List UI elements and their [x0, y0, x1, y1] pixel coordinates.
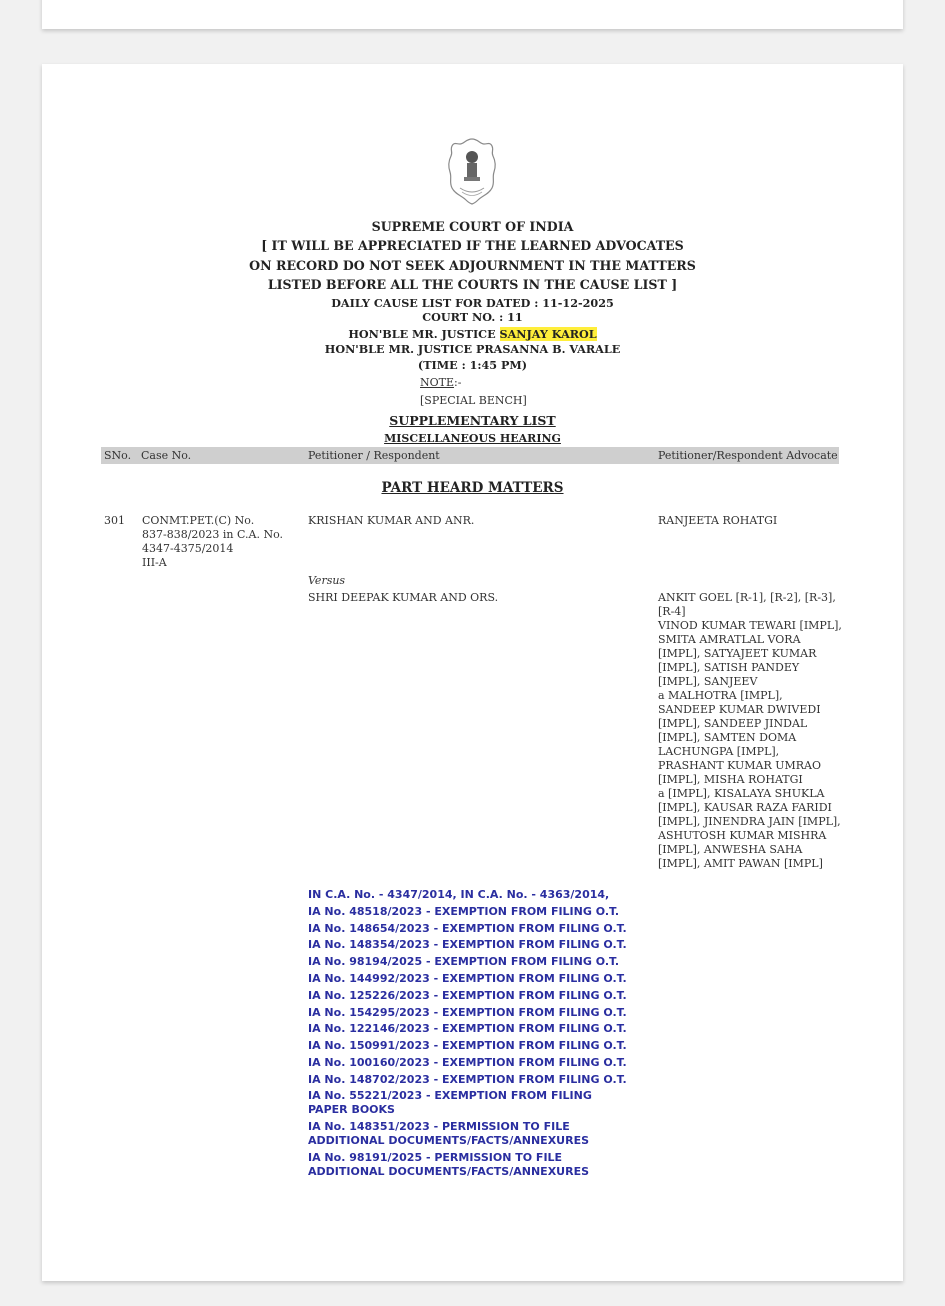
ia-item: IA No. 55221/2023 - EXEMPTION FROM FILIN…: [308, 1089, 627, 1118]
ia-item: IA No. 150991/2023 - EXEMPTION FROM FILI…: [308, 1038, 627, 1055]
table-header: SNo. Case No. Petitioner / Respondent Pe…: [101, 447, 839, 464]
ia-item: IA No. 122146/2023 - EXEMPTION FROM FILI…: [308, 1021, 627, 1038]
advocate-line: [IMPL], SATISH PANDEY: [658, 661, 842, 675]
advocate-line: SANDEEP KUMAR DWIVEDI: [658, 703, 842, 717]
judge-2-name: PRASANNA B. VARALE: [476, 342, 620, 356]
case-number: CONMT.PET.(C) No. 837-838/2023 in C.A. N…: [142, 514, 283, 570]
advocate-line: [IMPL], MISHA ROHATGI: [658, 773, 842, 787]
notice-line-3: LISTED BEFORE ALL THE COURTS IN THE CAUS…: [0, 277, 945, 292]
ia-item-line: IA No. 144992/2023 - EXEMPTION FROM FILI…: [308, 971, 627, 988]
ia-item-line: IA No. 122146/2023 - EXEMPTION FROM FILI…: [308, 1021, 627, 1038]
previous-page: [42, 0, 903, 29]
ia-item-line: ADDITIONAL DOCUMENTS/FACTS/ANNEXURES: [308, 1134, 627, 1149]
court-name: SUPREME COURT OF INDIA: [0, 219, 945, 234]
ia-item: IA No. 100160/2023 - EXEMPTION FROM FILI…: [308, 1055, 627, 1072]
advocate-line: [R-4]: [658, 605, 842, 619]
case-category: III-A: [142, 556, 283, 570]
advocate-line: [IMPL], JINENDRA JAIN [IMPL],: [658, 815, 842, 829]
ia-item-line: IA No. 100160/2023 - EXEMPTION FROM FILI…: [308, 1055, 627, 1072]
ia-item-line: IA No. 125226/2023 - EXEMPTION FROM FILI…: [308, 988, 627, 1005]
advocate-line: [IMPL], KAUSAR RAZA FARIDI: [658, 801, 842, 815]
advocate-line: [IMPL], AMIT PAWAN [IMPL]: [658, 857, 842, 871]
petitioner: KRISHAN KUMAR AND ANR.: [308, 514, 474, 528]
interlocutory-applications: IN C.A. No. - 4347/2014, IN C.A. No. - 4…: [308, 887, 627, 1182]
court-number: COURT NO. : 11: [0, 310, 945, 324]
ia-item-line: IA No. 98194/2025 - EXEMPTION FROM FILIN…: [308, 954, 627, 971]
ia-item-line: IA No. 55221/2023 - EXEMPTION FROM FILIN…: [308, 1089, 627, 1104]
ia-item-line: IA No. 148354/2023 - EXEMPTION FROM FILI…: [308, 937, 627, 954]
notice-line-1: [ IT WILL BE APPRECIATED IF THE LEARNED …: [0, 238, 945, 253]
case-number-line: 837-838/2023 in C.A. No.: [142, 528, 283, 542]
ia-item-line: IA No. 98191/2025 - PERMISSION TO FILE: [308, 1151, 627, 1166]
header-case-no: Case No.: [141, 449, 191, 462]
hearing-type: MISCELLANEOUS HEARING: [0, 432, 945, 445]
ia-item-line: IA No. 154295/2023 - EXEMPTION FROM FILI…: [308, 1005, 627, 1022]
note: NOTE:-: [420, 376, 461, 389]
note-suffix: :-: [454, 376, 461, 389]
ia-item: IA No. 144992/2023 - EXEMPTION FROM FILI…: [308, 971, 627, 988]
list-type: SUPPLEMENTARY LIST: [0, 413, 945, 428]
advocate-line: a MALHOTRA [IMPL],: [658, 689, 842, 703]
advocate-line: LACHUNGPA [IMPL],: [658, 745, 842, 759]
respondent: SHRI DEEPAK KUMAR AND ORS.: [308, 591, 498, 605]
supreme-court-emblem-icon: [444, 136, 500, 206]
ia-item: IA No. 148654/2023 - EXEMPTION FROM FILI…: [308, 921, 627, 938]
ia-item: IA No. 98191/2025 - PERMISSION TO FILEAD…: [308, 1151, 627, 1180]
case-sno: 301: [104, 514, 125, 528]
bench-type: [SPECIAL BENCH]: [420, 394, 527, 407]
advocate-line: PRASHANT KUMAR UMRAO: [658, 759, 842, 773]
header-sno: SNo.: [104, 449, 131, 462]
section-title: PART HEARD MATTERS: [0, 480, 945, 496]
respondent-advocates: ANKIT GOEL [R-1], [R-2], [R-3],[R-4]VINO…: [658, 591, 842, 871]
case-number-line: 4347-4375/2014: [142, 542, 283, 556]
notice-line-2: ON RECORD DO NOT SEEK ADJOURNMENT IN THE…: [0, 258, 945, 273]
advocate-line: [IMPL], SATYAJEET KUMAR: [658, 647, 842, 661]
ia-item: IA No. 125226/2023 - EXEMPTION FROM FILI…: [308, 988, 627, 1005]
advocate-line: [IMPL], SANDEEP JINDAL: [658, 717, 842, 731]
petitioner-advocate: RANJEETA ROHATGI: [658, 514, 777, 528]
advocate-line: SMITA AMRATLAL VORA: [658, 633, 842, 647]
judge-1-prefix: HON'BLE MR. JUSTICE: [348, 327, 499, 341]
advocate-line: ANKIT GOEL [R-1], [R-2], [R-3],: [658, 591, 842, 605]
header-parties: Petitioner / Respondent: [308, 449, 440, 462]
ia-item: IA No. 148702/2023 - EXEMPTION FROM FILI…: [308, 1072, 627, 1089]
ia-item-line: IA No. 150991/2023 - EXEMPTION FROM FILI…: [308, 1038, 627, 1055]
judge-2: HON'BLE MR. JUSTICE PRASANNA B. VARALE: [0, 342, 945, 356]
ia-item: IA No. 148354/2023 - EXEMPTION FROM FILI…: [308, 937, 627, 954]
note-label: NOTE: [420, 376, 454, 389]
ia-item-line: IA No. 48518/2023 - EXEMPTION FROM FILIN…: [308, 904, 627, 921]
cause-list-date: DAILY CAUSE LIST FOR DATED : 11-12-2025: [0, 296, 945, 310]
ia-item-line: IA No. 148654/2023 - EXEMPTION FROM FILI…: [308, 921, 627, 938]
versus-label: Versus: [308, 574, 345, 588]
header-advocates: Petitioner/Respondent Advocate: [658, 449, 838, 462]
advocate-line: VINOD KUMAR TEWARI [IMPL],: [658, 619, 842, 633]
ia-header: IN C.A. No. - 4347/2014, IN C.A. No. - 4…: [308, 887, 627, 904]
ia-item-line: PAPER BOOKS: [308, 1103, 627, 1118]
ia-item: IA No. 148351/2023 - PERMISSION TO FILEA…: [308, 1120, 627, 1149]
judge-1-name-highlighted: SANJAY KAROL: [500, 327, 597, 341]
advocate-line: a [IMPL], KISALAYA SHUKLA: [658, 787, 842, 801]
ia-item: IA No. 154295/2023 - EXEMPTION FROM FILI…: [308, 1005, 627, 1022]
case-number-line: CONMT.PET.(C) No.: [142, 514, 283, 528]
ia-item: IA No. 98194/2025 - EXEMPTION FROM FILIN…: [308, 954, 627, 971]
ia-item-line: IA No. 148702/2023 - EXEMPTION FROM FILI…: [308, 1072, 627, 1089]
advocate-line: [IMPL], SAMTEN DOMA: [658, 731, 842, 745]
ia-item: IA No. 48518/2023 - EXEMPTION FROM FILIN…: [308, 904, 627, 921]
advocate-line: [IMPL], ANWESHA SAHA: [658, 843, 842, 857]
ia-item-line: IA No. 148351/2023 - PERMISSION TO FILE: [308, 1120, 627, 1135]
judge-1: HON'BLE MR. JUSTICE SANJAY KAROL: [0, 327, 945, 341]
ia-item-line: ADDITIONAL DOCUMENTS/FACTS/ANNEXURES: [308, 1165, 627, 1180]
advocate-line: ASHUTOSH KUMAR MISHRA: [658, 829, 842, 843]
advocate-line: [IMPL], SANJEEV: [658, 675, 842, 689]
judge-2-prefix: HON'BLE MR. JUSTICE: [325, 342, 476, 356]
hearing-time: (TIME : 1:45 PM): [0, 358, 945, 372]
